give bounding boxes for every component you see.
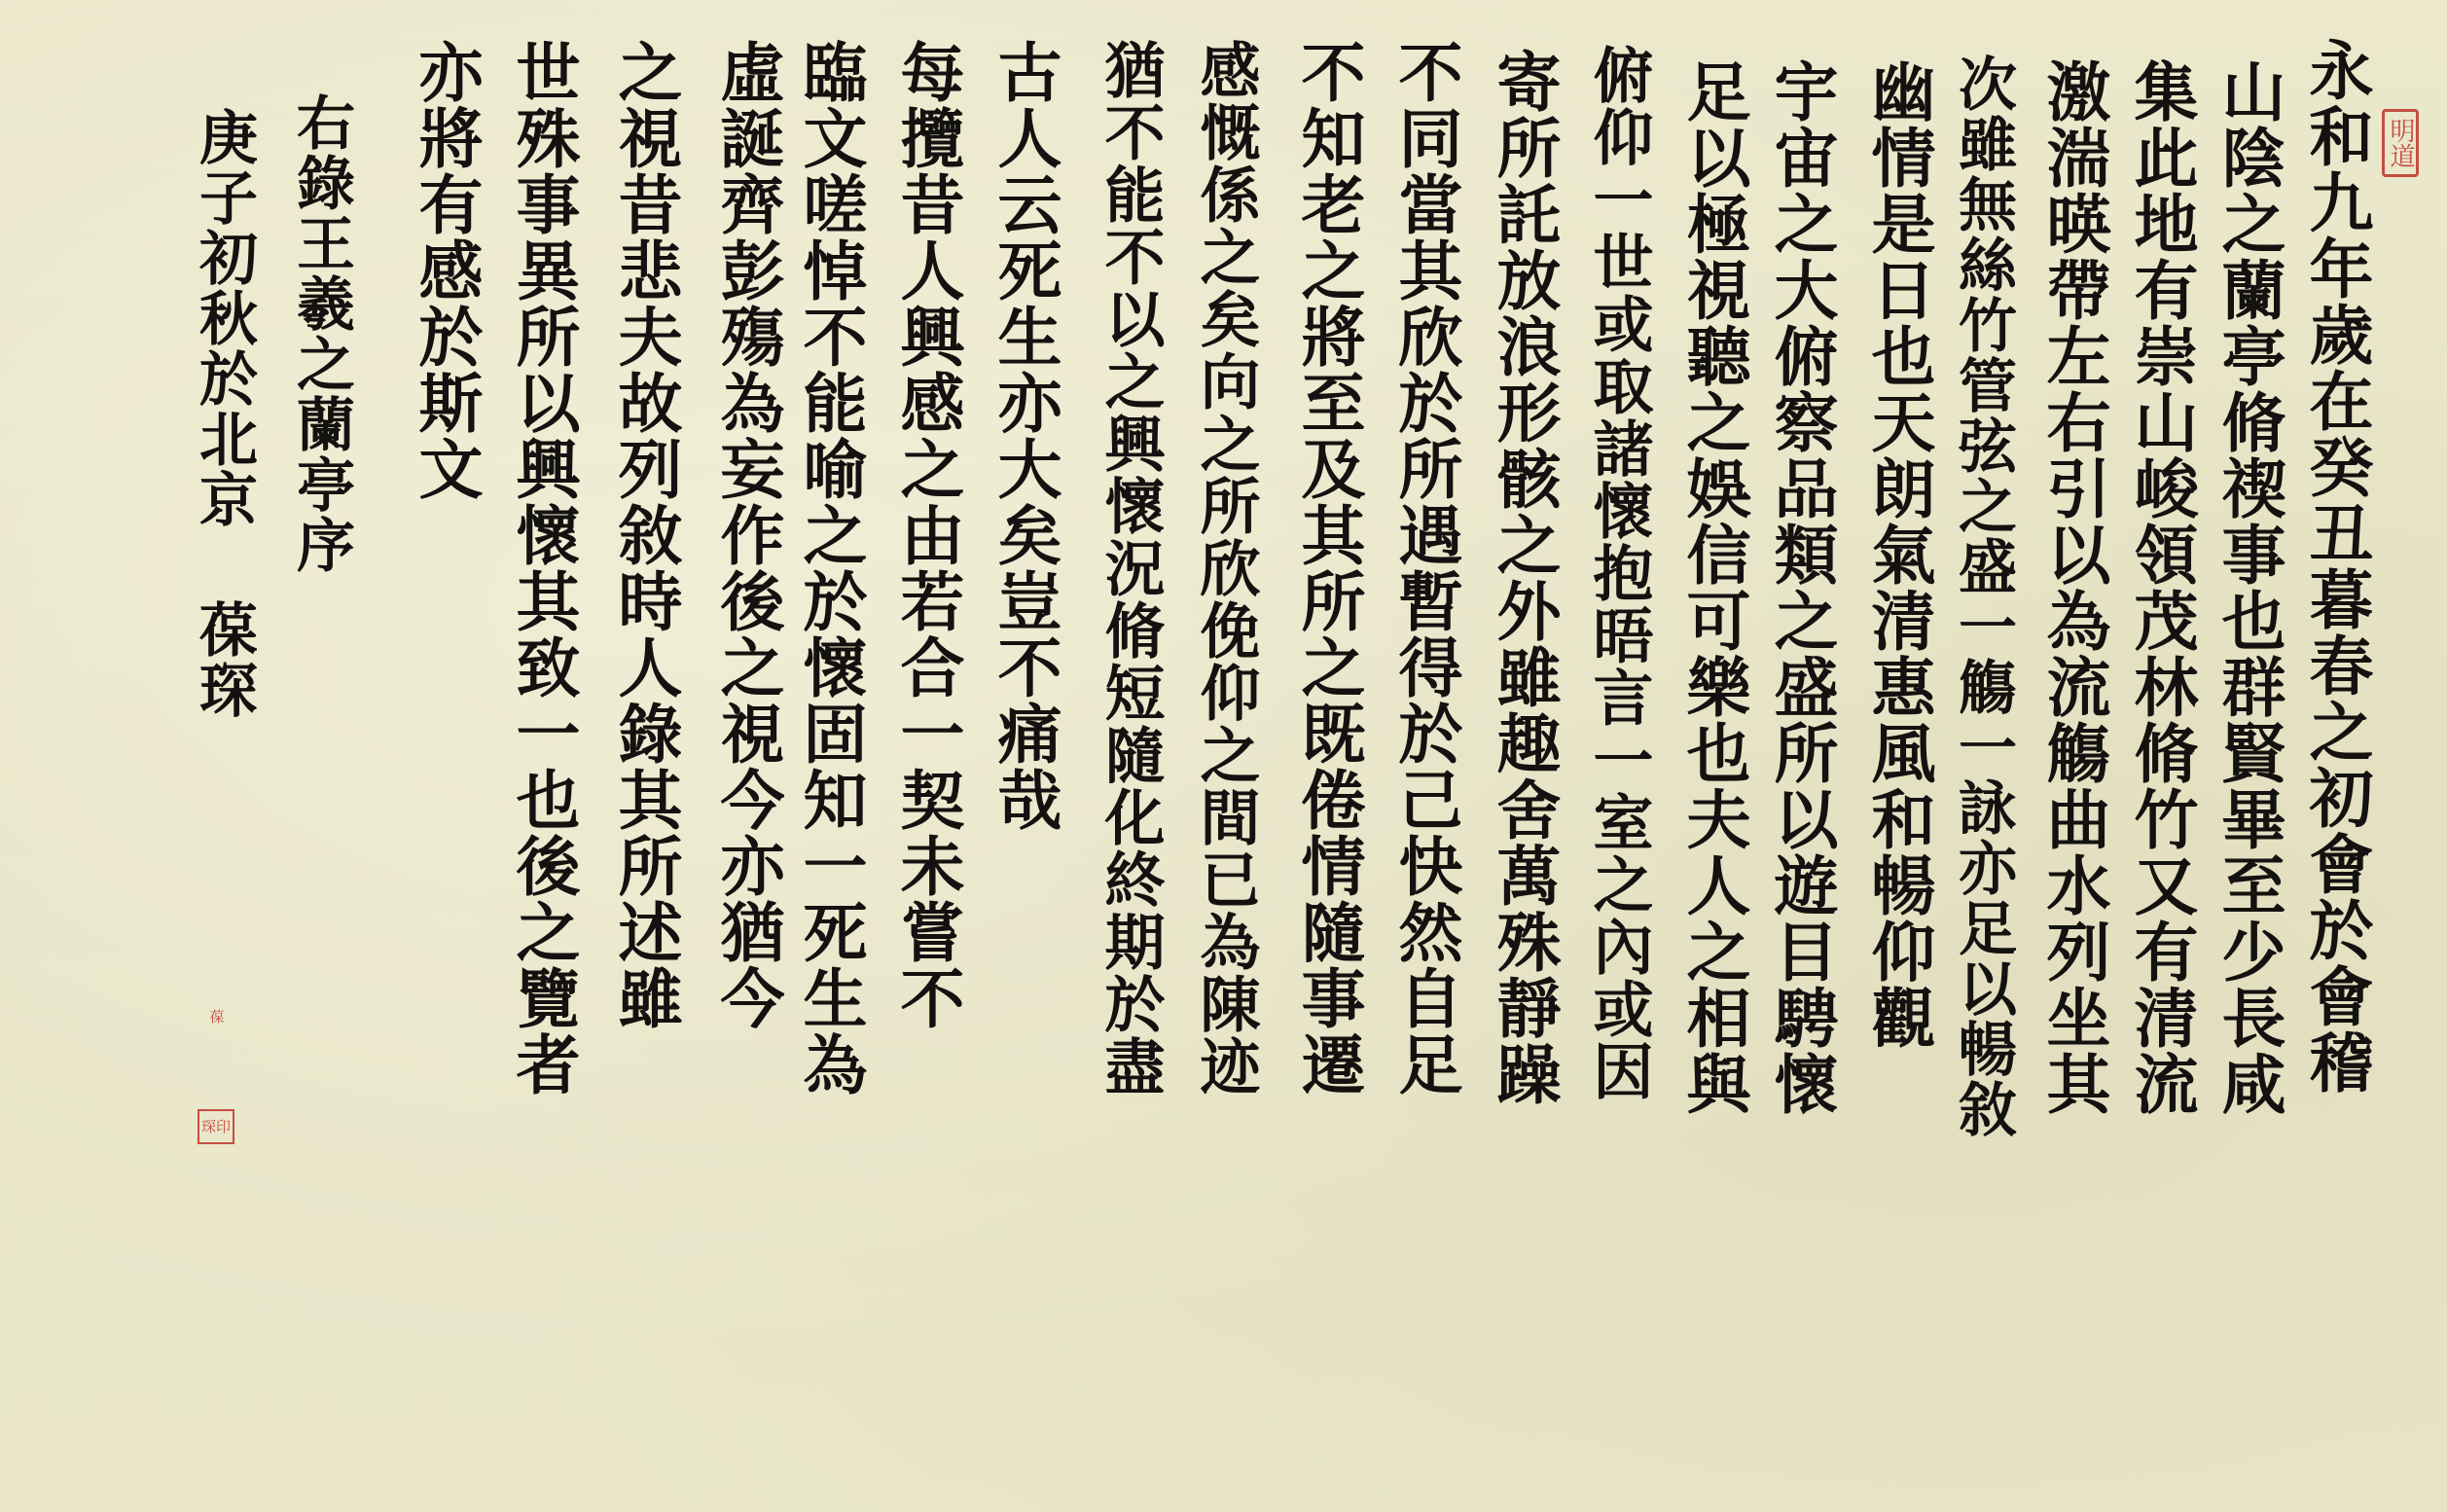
text-column-16: 每攬昔人興感之由若合一契未嘗不 — [895, 39, 959, 1031]
text-column-11: 不同當其欣於所遇暫得於己快然自足 — [1393, 39, 1457, 1098]
artist-seal-lower: 琛印 — [198, 1109, 234, 1144]
text-column-14: 猶不能不以之興懷況脩短隨化終期於盡 — [1099, 39, 1160, 1098]
artist-seal-top-right: 明道 — [2382, 109, 2419, 177]
text-column-4: 激湍暎帶左右引以為流觴曲水列坐其 — [2041, 58, 2105, 1117]
text-column-3: 集此地有崇山峻領茂林脩竹又有清流 — [2129, 58, 2193, 1117]
text-column-8: 足以極視聽之娛信可樂也夫人之相與 — [1681, 58, 1745, 1117]
text-column-20: 世殊事異所以興懷其致一也後之覽者 — [511, 39, 575, 1098]
text-column-12: 不知老之將至及其所之既倦情隨事遷 — [1296, 39, 1360, 1098]
colophon-column-1: 右錄王羲之蘭亭序 — [292, 92, 350, 575]
text-column-7: 宇宙之大俯察品類之盛所以遊目騁懷 — [1769, 58, 1833, 1117]
text-column-13: 感慨係之矣向之所欣俛仰之間已為陳迹 — [1195, 39, 1255, 1098]
calligraphy-paper: 永和九年歲在癸丑暮春之初會於會稽 山陰之蘭亭脩禊事也群賢畢至少長咸 集此地有崇山… — [0, 0, 2447, 1512]
text-column-5: 次雖無絲竹管弦之盛一觴一詠亦足以暢敘 — [1954, 54, 2012, 1139]
text-column-15: 古人云死生亦大矣豈不痛哉 — [992, 39, 1057, 833]
text-column-6: 幽情是日也天朗氣清惠風和暢仰觀 — [1866, 58, 1930, 1051]
text-column-21: 亦將有感於斯文 — [414, 39, 478, 502]
text-column-9: 俯仰一世或取諸懷抱晤言一室之內或因 — [1588, 44, 1648, 1102]
text-column-17: 臨文嗟悼不能喻之於懷固知一死生為 — [798, 39, 862, 1098]
text-column-2: 山陰之蘭亭脩禊事也群賢畢至少長咸 — [2216, 58, 2281, 1117]
text-column-19: 之視昔悲夫故列敘時人錄其所述雖 — [613, 39, 677, 1031]
text-column-1: 永和九年歲在癸丑暮春之初會於會稽 — [2304, 37, 2368, 1096]
text-column-10: 寄所託放浪形骸之外雖趣舍萬殊靜躁 — [1492, 49, 1556, 1107]
colophon-column-2: 庚子初秋於北京 葆琛 — [195, 107, 253, 720]
artist-seal-upper: 葆 — [199, 1000, 234, 1033]
text-column-18: 虛誕齊彭殤為妄作後之視今亦猶今 — [715, 39, 779, 1031]
